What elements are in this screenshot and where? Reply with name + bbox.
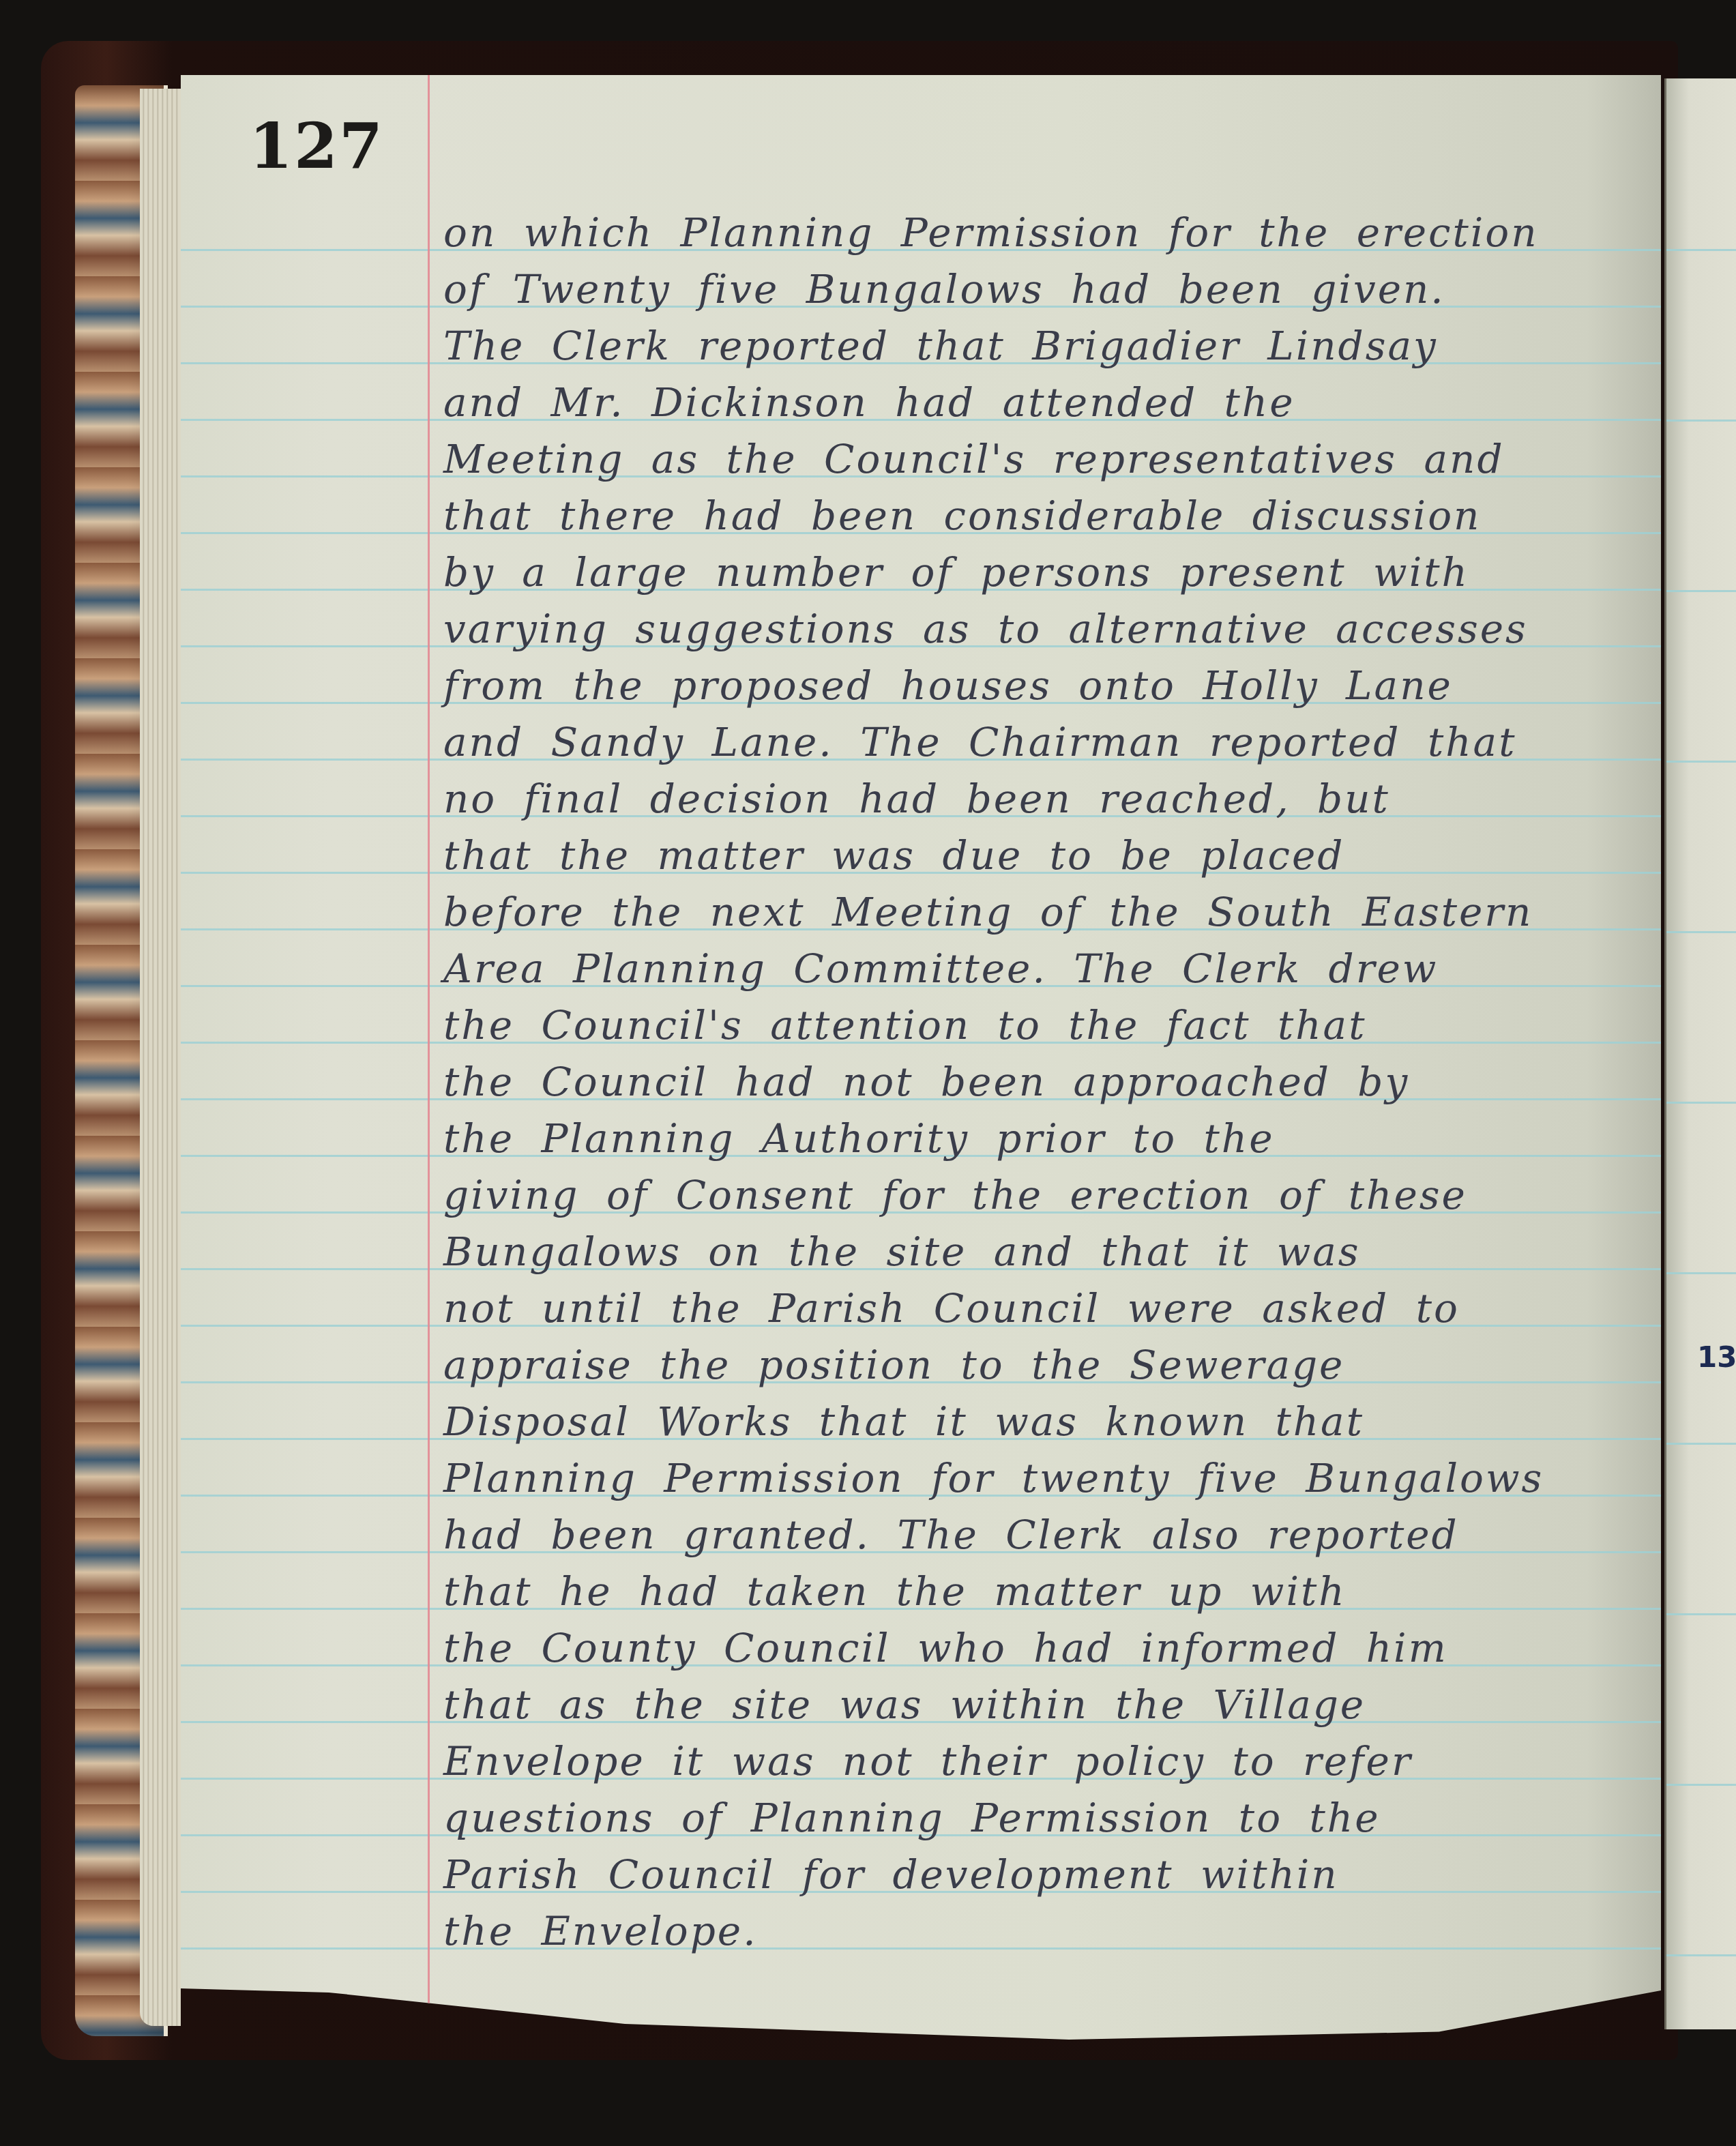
ruled-line [1666, 249, 1736, 251]
text-line: had been granted. The Clerk also reporte… [443, 1507, 1644, 1563]
text-line: the Council had not been approached by [443, 1054, 1644, 1111]
text-line: the County Council who had informed him [443, 1620, 1644, 1677]
text-line: by a large number of persons present wit… [443, 544, 1644, 601]
text-line: The Clerk reported that Brigadier Lindsa… [443, 318, 1644, 374]
text-line: appraise the position to the Sewerage [443, 1337, 1644, 1394]
ruled-line [1666, 1784, 1736, 1786]
text-line: Planning Permission for twenty five Bung… [443, 1450, 1644, 1507]
text-line: not until the Parish Council were asked … [443, 1280, 1644, 1337]
text-line: the Council's attention to the fact that [443, 997, 1644, 1054]
ruled-line [1666, 1102, 1736, 1104]
text-line: that he had taken the matter up with [443, 1563, 1644, 1620]
text-line: Disposal Works that it was known that [443, 1394, 1644, 1450]
ledger-page: 127 on which Planning Permission for the… [181, 75, 1661, 2040]
page-number: 127 [249, 109, 384, 183]
text-line: Area Planning Committee. The Clerk drew [443, 941, 1644, 997]
ruled-line [1666, 1613, 1736, 1615]
text-line: from the proposed houses onto Holly Lane [443, 658, 1644, 714]
text-line: the Planning Authority prior to the [443, 1111, 1644, 1167]
text-line: of Twenty five Bungalows had been given. [443, 261, 1644, 318]
text-line: Envelope it was not their policy to refe… [443, 1733, 1644, 1790]
ruled-line [1666, 761, 1736, 763]
ruled-line [1666, 590, 1736, 592]
text-line: that as the site was within the Village [443, 1677, 1644, 1733]
text-line: Meeting as the Council's representatives… [443, 431, 1644, 488]
text-line: varying suggestions as to alternative ac… [443, 601, 1644, 658]
text-line: and Sandy Lane. The Chairman reported th… [443, 714, 1644, 771]
handwritten-minutes: on which Planning Permission for the ere… [443, 205, 1644, 1960]
text-line: before the next Meeting of the South Eas… [443, 884, 1644, 941]
text-line: Parish Council for development within [443, 1847, 1644, 1903]
text-line: on which Planning Permission for the ere… [443, 205, 1644, 261]
page-stack [140, 89, 181, 2026]
text-line: questions of Planning Permission to the [443, 1790, 1644, 1847]
text-line: that there had been considerable discuss… [443, 488, 1644, 544]
facing-page-number: 13 [1697, 1340, 1736, 1374]
ruled-line [1666, 420, 1736, 422]
text-line: Bungalows on the site and that it was [443, 1224, 1644, 1280]
text-line: and Mr. Dickinson had attended the [443, 374, 1644, 431]
text-line: no final decision had been reached, but [443, 771, 1644, 827]
text-line: the Envelope. [443, 1903, 1644, 1960]
ruled-line [1666, 1443, 1736, 1445]
facing-page-edge: 13 [1664, 78, 1736, 2029]
red-margin-line [428, 75, 430, 2040]
ruled-line [1666, 931, 1736, 933]
ruled-line [1666, 1954, 1736, 1956]
text-line: that the matter was due to be placed [443, 827, 1644, 884]
ruled-line [1666, 1272, 1736, 1274]
text-line: giving of Consent for the erection of th… [443, 1167, 1644, 1224]
